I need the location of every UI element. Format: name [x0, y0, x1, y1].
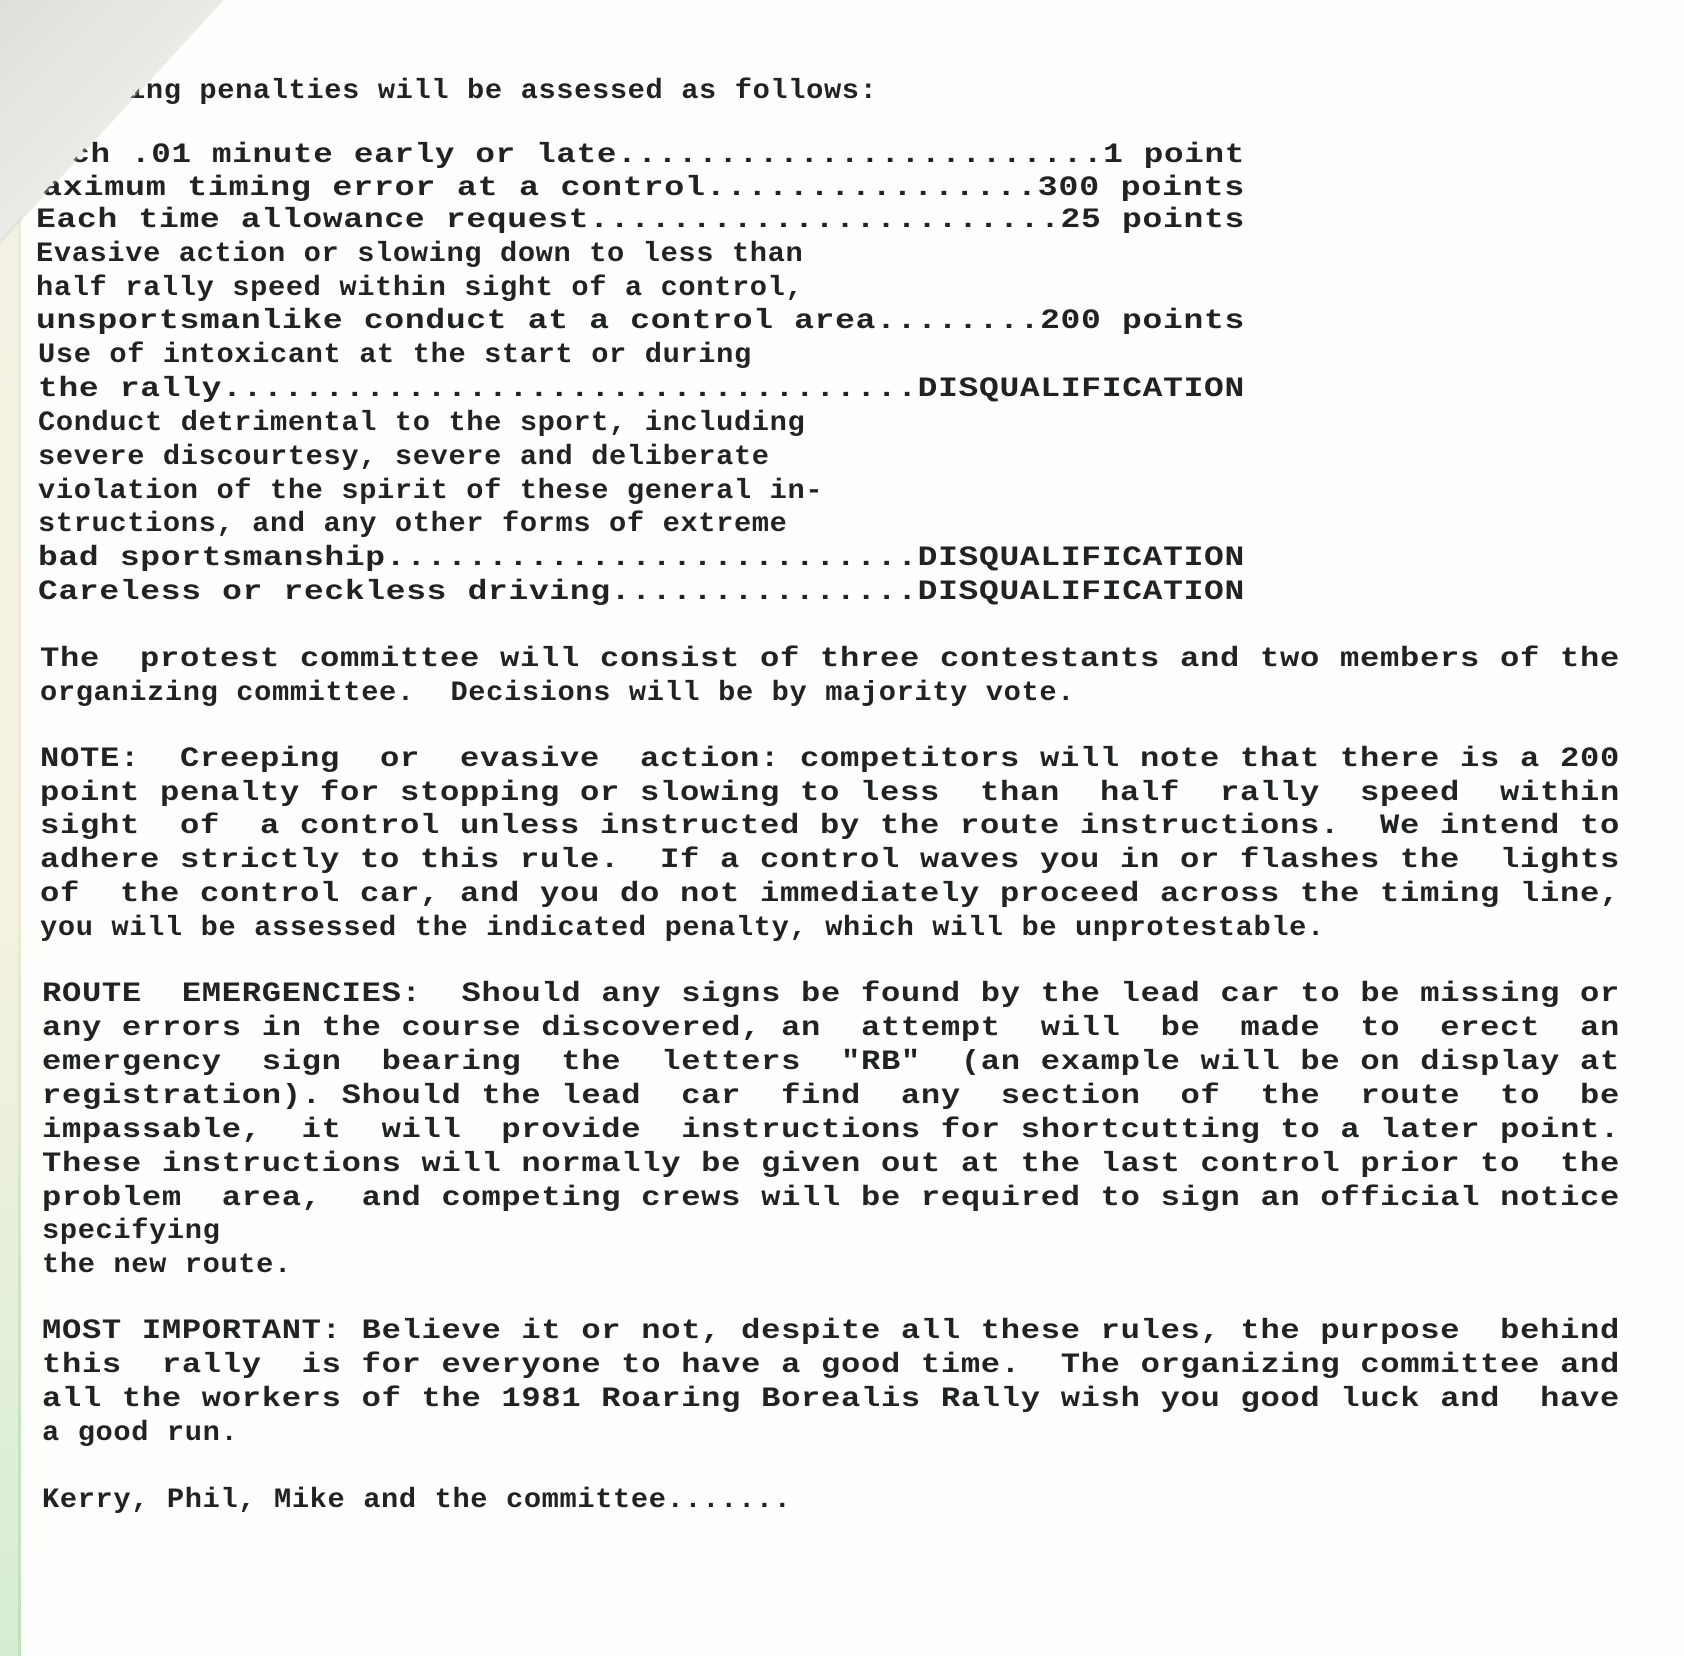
penalties-intro: ing penalties will be assessed as follow… — [128, 78, 878, 106]
signature-line: Kerry, Phil, Mike and the committee.....… — [42, 1487, 792, 1515]
penalty-line: the rally...............................… — [38, 376, 1245, 404]
paragraph-line: this rally is for everyone to have a goo… — [42, 1352, 1620, 1380]
paragraph-line: MOST IMPORTANT: Believe it or not, despi… — [42, 1318, 1620, 1346]
paragraph-line: registration). Should the lead car find … — [42, 1083, 1620, 1111]
penalty-line: half rally speed within sight of a contr… — [36, 275, 803, 303]
penalty-line: Evasive action or slowing down to less t… — [36, 241, 803, 269]
paragraph-line: problem area, and competing crews will b… — [42, 1185, 1620, 1213]
paragraph-line: specifying — [42, 1218, 220, 1246]
paragraph-line: sight of a control unless instructed by … — [40, 813, 1620, 841]
penalty-line: violation of the spirit of these general… — [38, 478, 823, 506]
penalty-line: Conduct detrimental to the sport, includ… — [38, 410, 805, 438]
paragraph-line: all the workers of the 1981 Roaring Bore… — [42, 1386, 1620, 1414]
paragraph-line: The protest committee will consist of th… — [40, 646, 1620, 674]
paragraph-line: impassable, it will provide instructions… — [42, 1117, 1620, 1145]
paragraph-line: any errors in the course discovered, an … — [42, 1015, 1620, 1043]
penalty-line: ach .01 minute early or late............… — [50, 142, 1245, 170]
penalty-line: aximum timing error at a control........… — [42, 175, 1245, 203]
penalty-line: Careless or reckless driving............… — [38, 579, 1245, 607]
penalty-line: unsportsmanlike conduct at a control are… — [36, 308, 1245, 336]
penalty-line: bad sportsmanship.......................… — [38, 545, 1245, 573]
paragraph-line: point penalty for stopping or slowing to… — [40, 780, 1620, 808]
paragraph-line: These instructions will normally be give… — [42, 1151, 1620, 1179]
penalty-line: Each time allowance request.............… — [36, 207, 1245, 235]
paragraph-line: ROUTE EMERGENCIES: Should any signs be f… — [42, 981, 1620, 1009]
penalty-line: structions, and any other forms of extre… — [38, 511, 788, 539]
penalty-line: Use of intoxicant at the start or during — [38, 342, 752, 370]
paragraph-line: NOTE: Creeping or evasive action: compet… — [40, 746, 1620, 774]
paragraph-line: organizing committee. Decisions will be … — [40, 680, 1075, 708]
paragraph-line: the new route. — [42, 1252, 292, 1280]
paragraph-line: of the control car, and you do not immed… — [40, 881, 1620, 909]
penalty-line: severe discourtesy, severe and deliberat… — [38, 444, 770, 472]
paragraph-line: a good run. — [42, 1420, 238, 1448]
paragraph-line: emergency sign bearing the letters "RB" … — [42, 1049, 1620, 1077]
paragraph-line: you will be assessed the indicated penal… — [40, 915, 1325, 943]
paragraph-line: adhere strictly to this rule. If a contr… — [40, 847, 1620, 875]
document-body: ing penalties will be assessed as follow… — [0, 0, 1684, 1656]
